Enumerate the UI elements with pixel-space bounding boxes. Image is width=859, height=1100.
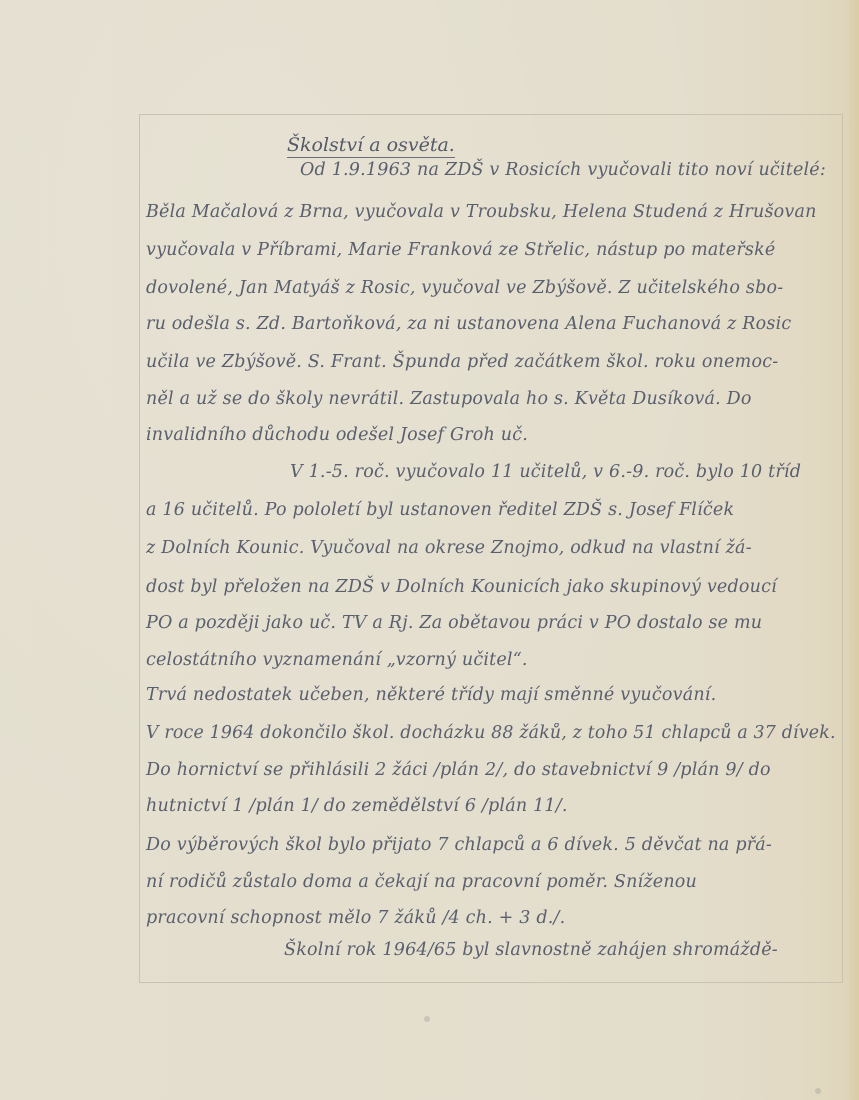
- paper-stain: [424, 1016, 430, 1022]
- text-line: dovolené, Jan Matyáš z Rosic, vyučoval v…: [146, 278, 783, 298]
- text-line: invalidního důchodu odešel Josef Groh uč…: [146, 425, 528, 445]
- text-line: pracovní schopnost mělo 7 žáků /4 ch. + …: [146, 908, 565, 928]
- page-edge: [846, 0, 859, 1100]
- text-line: vyučovala v Příbrami, Marie Franková ze …: [146, 240, 775, 260]
- text-line: něl a už se do školy nevrátil. Zastupova…: [146, 389, 752, 409]
- text-line: Do hornictví se přihlásili 2 žáci /plán …: [146, 760, 771, 780]
- text-line: PO a později jako uč. TV a Rj. Za obětav…: [146, 613, 762, 633]
- text-line: z Dolních Kounic. Vyučoval na okrese Zno…: [146, 538, 752, 558]
- text-line: Školní rok 1964/65 byl slavnostně zaháje…: [284, 940, 778, 960]
- text-line: a 16 učitelů. Po pololetí byl ustanoven …: [146, 500, 734, 520]
- text-line: Od 1.9.1963 na ZDŠ v Rosicích vyučovali …: [300, 160, 826, 180]
- paper-stain: [815, 1088, 821, 1094]
- text-line: ru odešla s. Zd. Bartoňková, za ni ustan…: [146, 314, 791, 334]
- text-line: V 1.-5. roč. vyučovalo 11 učitelů, v 6.-…: [290, 462, 801, 482]
- section-title: Školství a osvěta.: [287, 134, 455, 158]
- text-line: hutnictví 1 /plán 1/ do zemědělství 6 /p…: [146, 796, 568, 816]
- text-line: celostátního vyznamenání „vzorný učitel“…: [146, 650, 528, 670]
- text-line: Běla Mačalová z Brna, vyučovala v Troubs…: [146, 202, 817, 222]
- text-line: Do výběrových škol bylo přijato 7 chlapc…: [146, 835, 772, 855]
- text-line: dost byl přeložen na ZDŠ v Dolních Kouni…: [146, 577, 777, 597]
- text-line: Trvá nedostatek učeben, některé třídy ma…: [146, 685, 716, 705]
- scanned-page: Školství a osvěta. Od 1.9.1963 na ZDŠ v …: [0, 0, 859, 1100]
- text-line: učila ve Zbýšově. S. Frant. Špunda před …: [146, 352, 778, 372]
- text-line: ní rodičů zůstalo doma a čekají na praco…: [146, 872, 697, 892]
- text-line: V roce 1964 dokončilo škol. docházku 88 …: [146, 723, 836, 743]
